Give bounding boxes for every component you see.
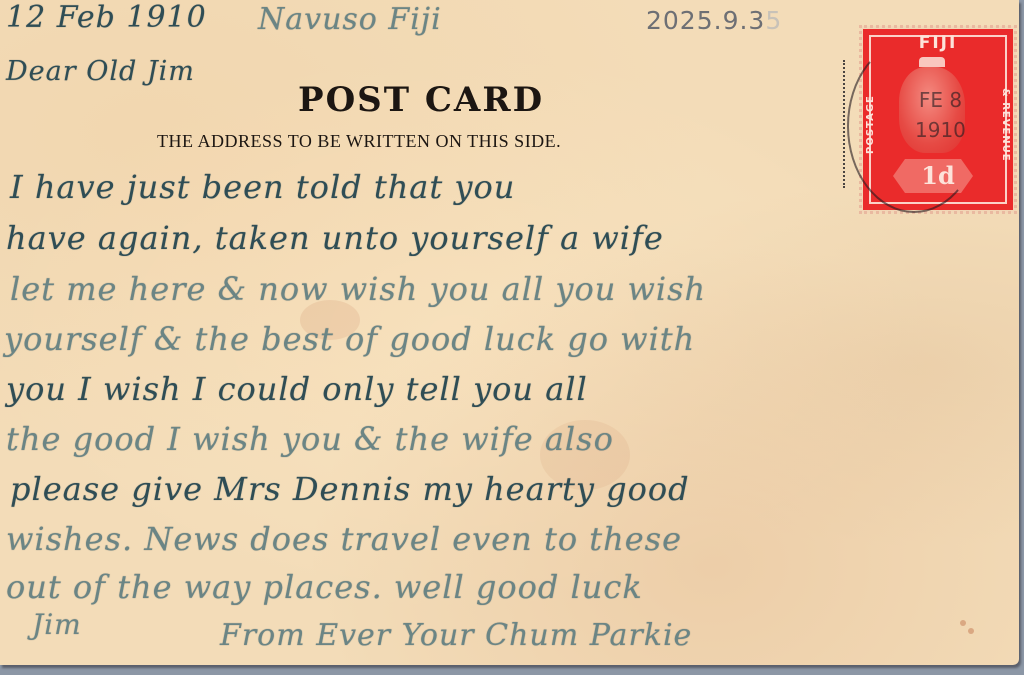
salutation-handwriting: Dear Old Jim (6, 56, 195, 87)
message-line: wishes. News does travel even to these (6, 520, 682, 558)
message-line: let me here & now wish you all you wish (10, 270, 706, 308)
pencil-inventory-note: 2025.9.35 (646, 6, 782, 35)
signature: From Ever Your Chum Parkie (220, 618, 692, 653)
postmark-line: FE 8 (915, 85, 966, 115)
message-line: have again, taken unto yourself a wife (6, 219, 664, 257)
message-line: please give Mrs Dennis my hearty good (10, 470, 690, 508)
message-line: yourself & the best of good luck go with (4, 320, 695, 358)
pencil-note-text: 2025.9.3 (646, 6, 765, 35)
postcard: 12 Feb 1910 Navuso Fiji Dear Old Jim 202… (0, 0, 1019, 665)
pencil-note-faint: 5 (765, 6, 782, 35)
recipient-name-line: Jim (32, 608, 82, 641)
stain (968, 628, 974, 634)
message-line: out of the way places. well good luck (6, 568, 643, 606)
date-handwriting: 12 Feb 1910 (6, 0, 207, 35)
postcard-title: POST CARD (298, 80, 544, 120)
postage-stamp: FIJI POSTAGE & REVENUE 1d FE 8 1910 (863, 29, 1013, 210)
message-line: the good I wish you & the wife also (6, 420, 614, 458)
stain (960, 620, 966, 626)
location-handwriting: Navuso Fiji (258, 2, 442, 37)
message-line: I have just been told that you (10, 168, 515, 206)
postmark-text: FE 8 1910 (915, 85, 966, 145)
postmark-line: 1910 (915, 115, 966, 145)
message-line: you I wish I could only tell you all (6, 370, 588, 408)
address-instruction: THE ADDRESS TO BE WRITTEN ON THIS SIDE. (157, 131, 561, 152)
